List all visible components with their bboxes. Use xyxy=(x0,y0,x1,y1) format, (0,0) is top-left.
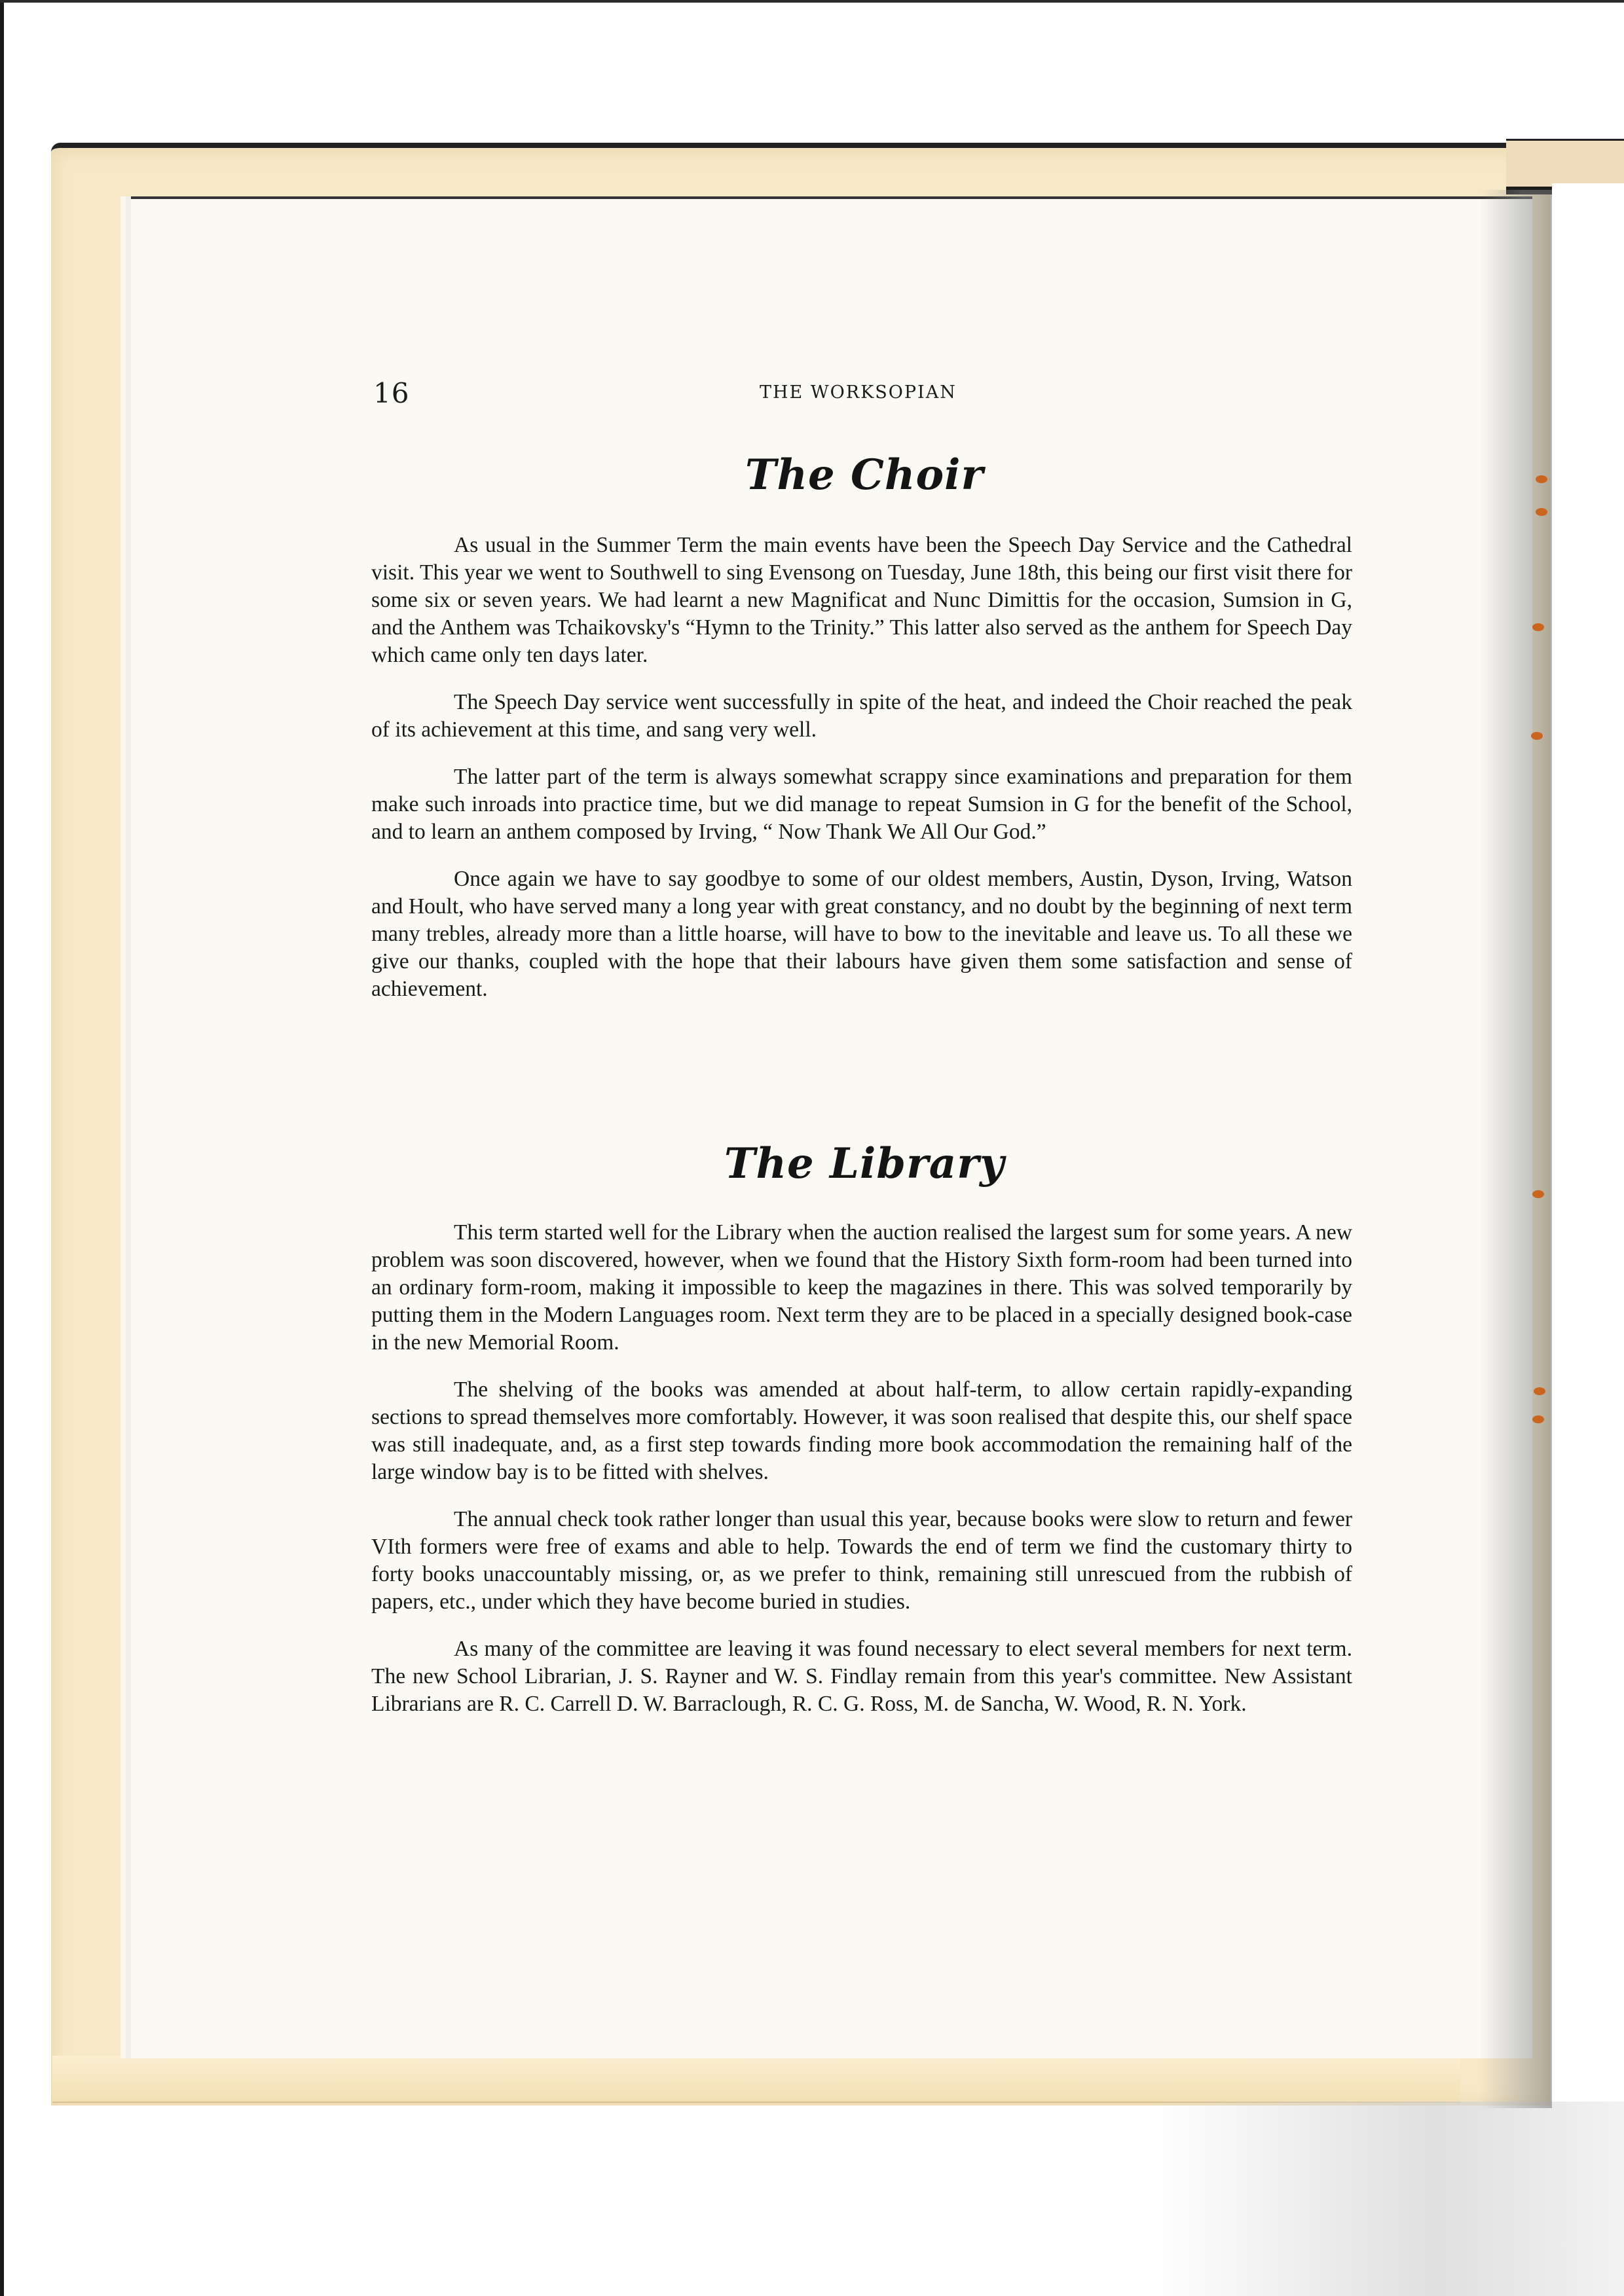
rust-mark xyxy=(1534,1387,1545,1395)
scan-left-edge xyxy=(0,0,4,2296)
paragraph: As usual in the Summer Term the main eve… xyxy=(371,532,1352,669)
paragraph: The annual check took rather longer than… xyxy=(371,1506,1352,1616)
section-title-library: The Library xyxy=(367,1139,1362,1188)
paragraph: As many of the committee are leaving it … xyxy=(371,1635,1352,1718)
journal-running-title: THE WORKSOPIAN xyxy=(760,382,957,403)
paragraph: Once again we have to say goodbye to som… xyxy=(371,866,1352,1003)
scan-background-right xyxy=(1552,183,1624,2102)
rust-mark xyxy=(1532,1415,1544,1423)
paragraph: The latter part of the term is always so… xyxy=(371,763,1352,846)
section-body-choir: As usual in the Summer Term the main eve… xyxy=(371,532,1352,1023)
rust-mark xyxy=(1536,508,1547,516)
rust-mark xyxy=(1536,475,1547,483)
rust-mark xyxy=(1531,732,1543,740)
paragraph: This term started well for the Library w… xyxy=(371,1219,1352,1357)
rust-mark xyxy=(1532,1190,1544,1198)
paragraph: The Speech Day service went successfully… xyxy=(371,689,1352,744)
scan-top-edge xyxy=(0,0,1624,3)
rust-mark xyxy=(1532,623,1544,631)
page-number: 16 xyxy=(373,377,409,409)
section-body-library: This term started well for the Library w… xyxy=(371,1219,1352,1738)
book-cover-bottom-edge xyxy=(52,2056,1460,2103)
section-title-choir: The Choir xyxy=(367,450,1362,500)
scan-shadow xyxy=(1153,2102,1624,2296)
paragraph: The shelving of the books was amended at… xyxy=(371,1376,1352,1486)
